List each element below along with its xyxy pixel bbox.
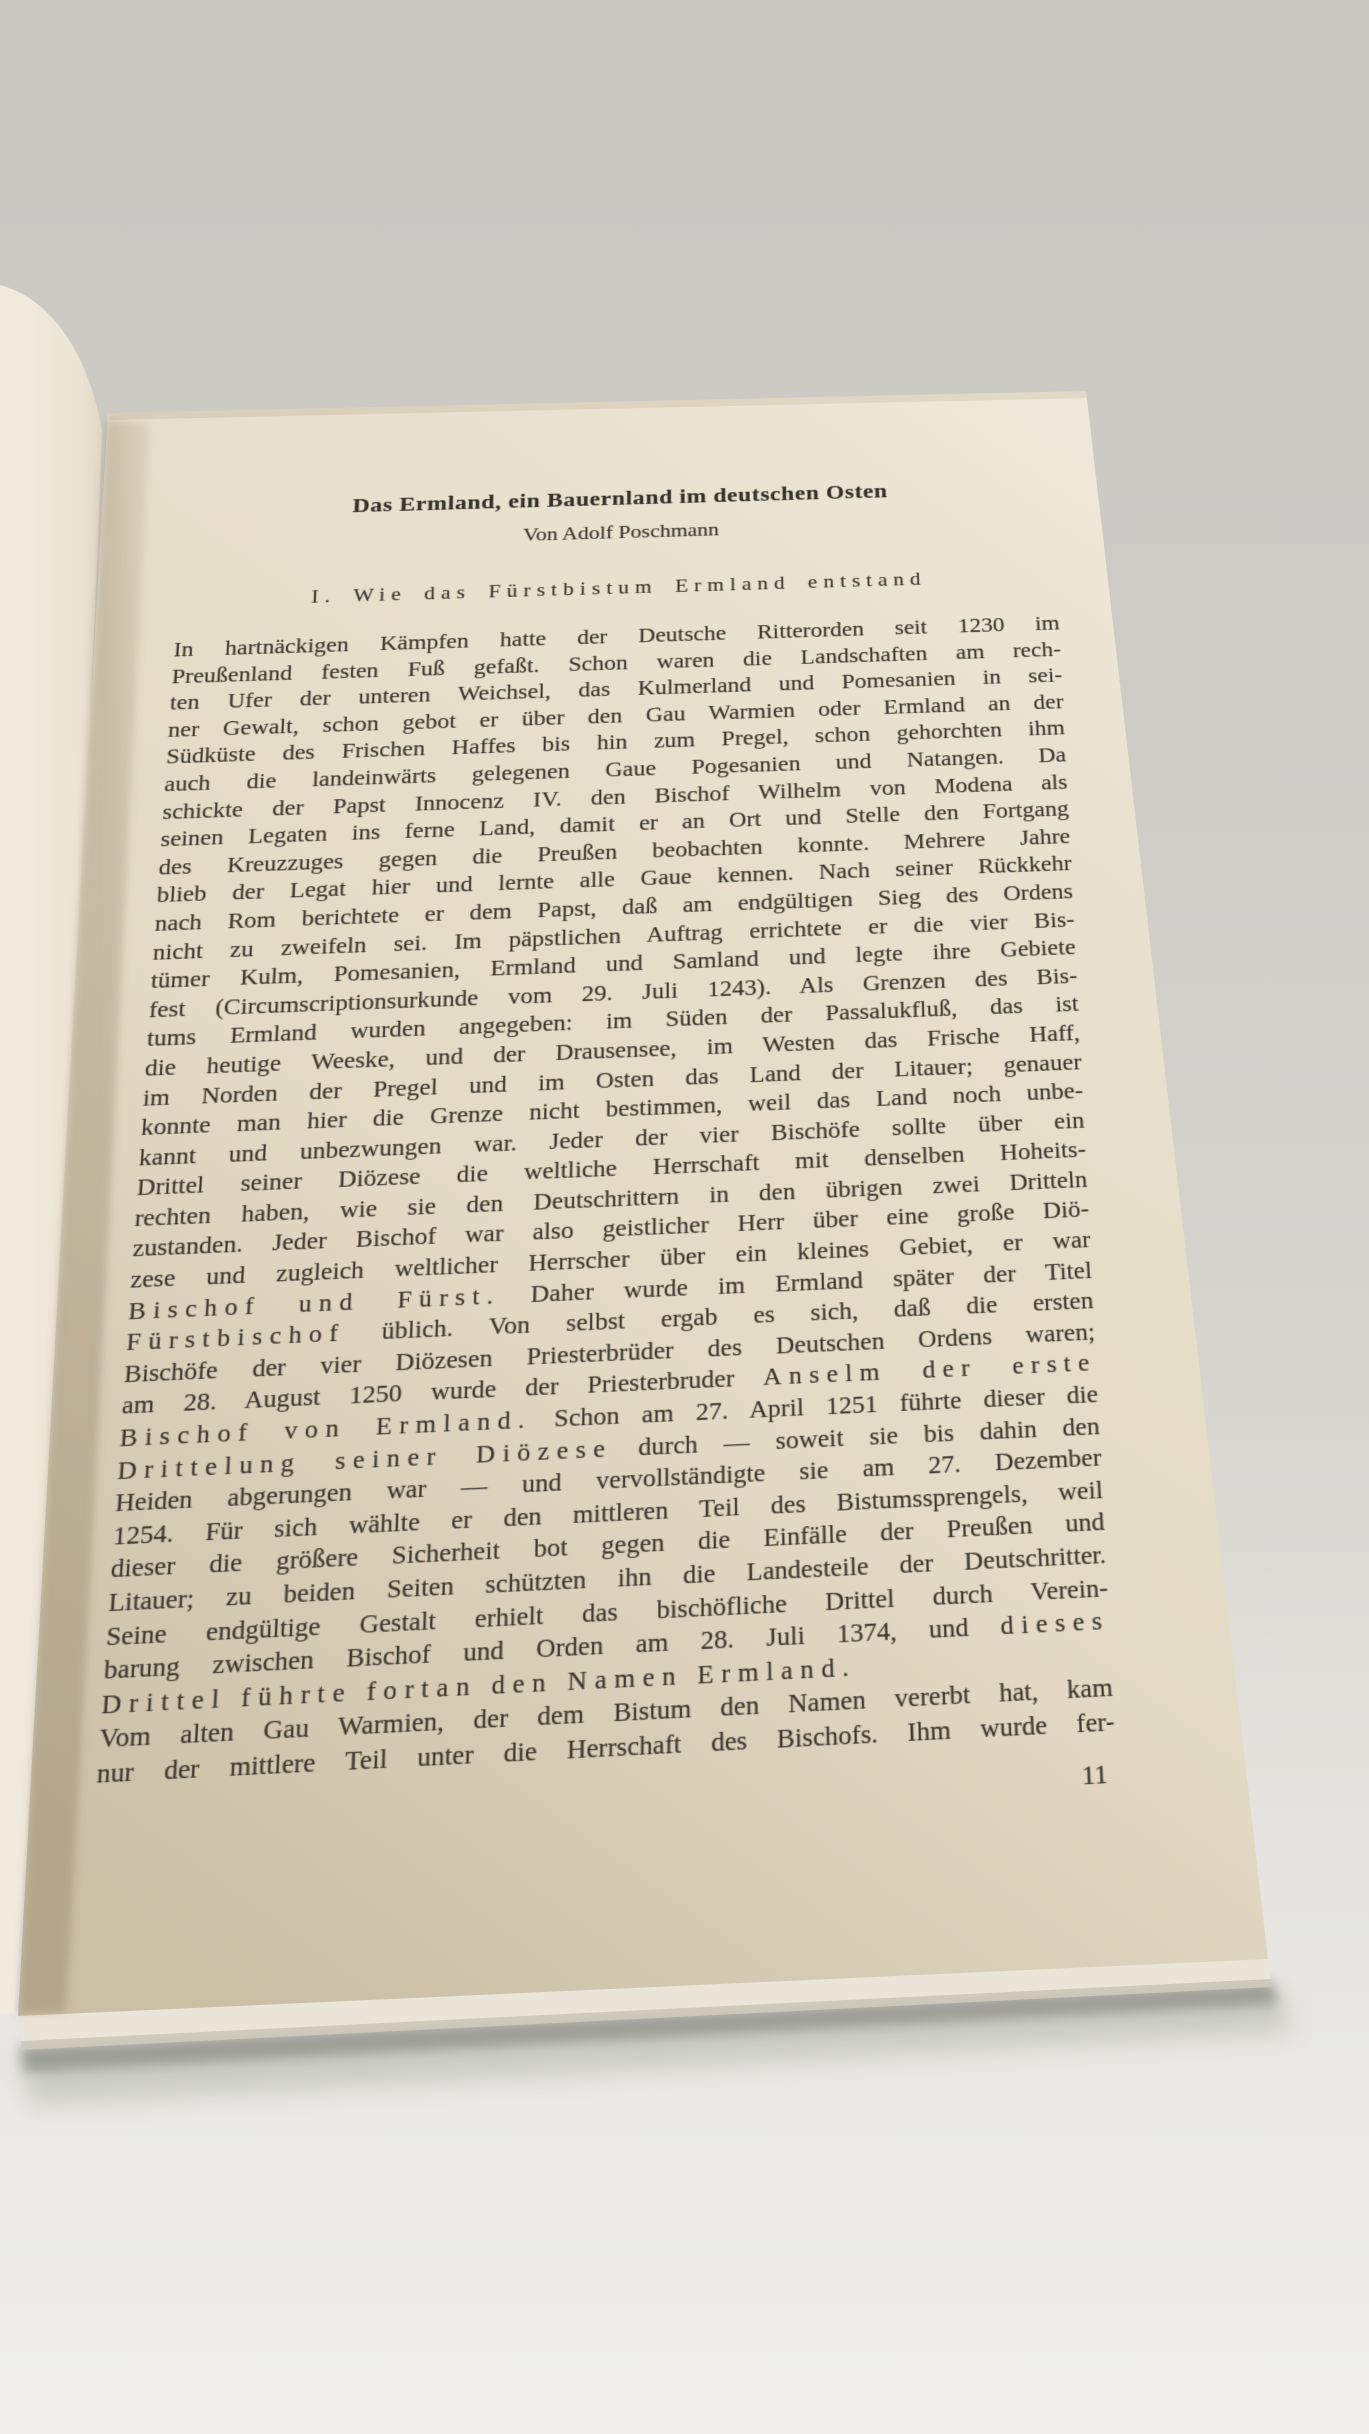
page-text-block: Das Ermland, ein Bauernland im deutschen…: [92, 474, 1118, 1845]
section-heading: I. Wie das Fürstbistum Ermland entstand: [176, 562, 1058, 612]
body-text: In hartnäckigen Kämpfen hatte der Deutsc…: [96, 611, 1116, 1793]
photo-of-book-page: Das Ermland, ein Bauernland im deutschen…: [0, 0, 1369, 2434]
letterspaced-text: dieses: [1000, 1607, 1110, 1642]
